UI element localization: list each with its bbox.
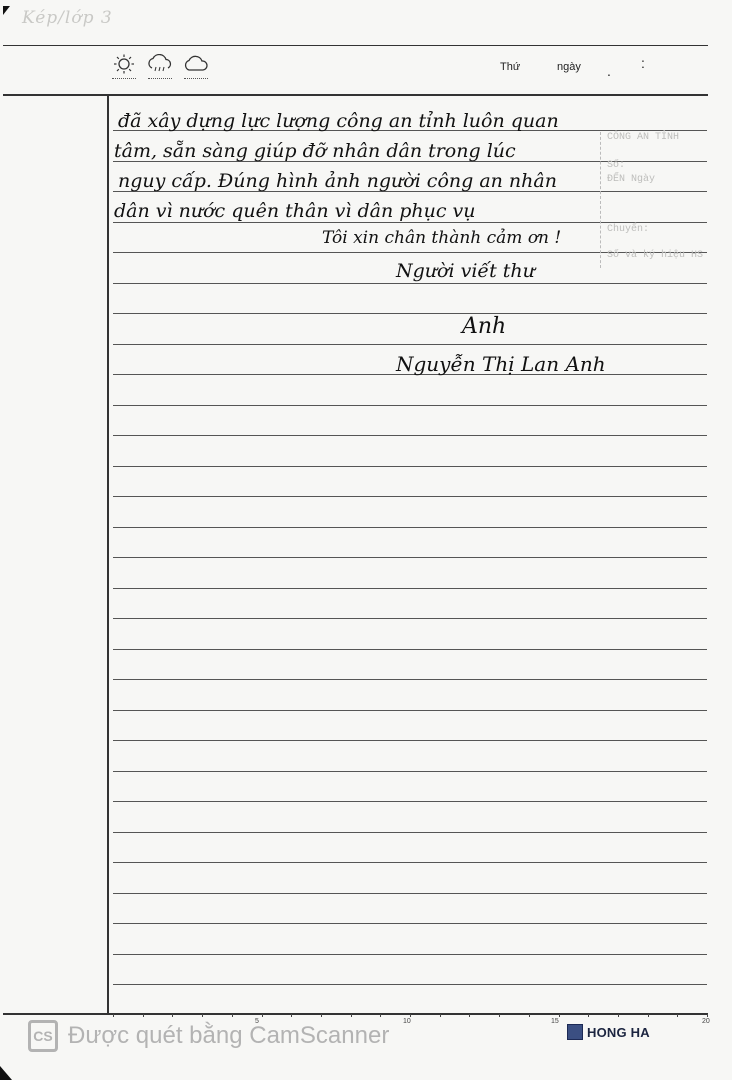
author-name: Nguyễn Thị Lan Anh <box>396 354 606 374</box>
date-separator: : <box>641 55 645 71</box>
rule-line <box>113 283 707 284</box>
date-separator: . <box>607 63 611 79</box>
rule-line <box>113 344 707 345</box>
rain-cloud-icon <box>146 54 174 79</box>
corner-marker-top-left <box>3 6 10 15</box>
camscanner-text: Được quét bằng CamScanner <box>68 1022 389 1050</box>
rule-line <box>113 679 707 680</box>
brand-icon <box>567 1024 583 1040</box>
margin-line <box>107 95 109 1013</box>
sun-icon <box>110 54 138 79</box>
date-label: ngày <box>557 61 581 73</box>
top-border-line <box>3 45 708 46</box>
rule-line <box>113 862 707 863</box>
ruler-label: 10 <box>403 1018 411 1025</box>
notebook-page: Kép/lớp 3 <box>0 0 732 1080</box>
corner-note: Kép/lớp 3 <box>22 8 113 28</box>
rule-line <box>113 405 707 406</box>
rule-line <box>113 984 707 985</box>
camscanner-logo-icon: CS <box>28 1020 58 1052</box>
weekday-label: Thứ <box>500 61 520 73</box>
rule-line <box>113 618 707 619</box>
rule-line <box>113 954 707 955</box>
weather-icons <box>110 54 210 79</box>
received-stamp: CÔNG AN TỈNH Số: ĐẾN Ngày Chuyển: Số và … <box>600 132 709 268</box>
rule-line <box>113 496 707 497</box>
brand-logo: HONG HA <box>567 1024 650 1040</box>
rule-line <box>113 588 707 589</box>
letter-line: nguy cấp. Đúng hình ảnh người công an nh… <box>118 172 557 191</box>
rule-line <box>113 435 707 436</box>
rule-line <box>113 801 707 802</box>
letter-line: đã xây dựng lực lượng công an tỉnh luôn … <box>118 112 559 131</box>
rule-line <box>113 313 707 314</box>
letter-line: tâm, sẵn sàng giúp đỡ nhân dân trong lúc <box>114 142 516 161</box>
rule-line <box>113 557 707 558</box>
rule-line <box>113 832 707 833</box>
rule-line <box>113 923 707 924</box>
cloud-icon <box>182 54 210 79</box>
signature: Anh <box>462 316 506 338</box>
header-border-line <box>3 94 708 96</box>
closing-line: Tôi xin chân thành cảm ơn ! <box>322 230 561 247</box>
rule-line <box>113 893 707 894</box>
rule-line <box>113 466 707 467</box>
rule-line <box>113 771 707 772</box>
letter-line: dân vì nước quên thân vì dân phục vụ <box>114 202 476 221</box>
ruler-label: 15 <box>551 1018 559 1025</box>
rule-line <box>113 740 707 741</box>
corner-marker-bottom-left <box>0 1066 12 1080</box>
signoff-label: Người viết thư <box>396 262 535 281</box>
rule-line <box>113 527 707 528</box>
brand-name: HONG HA <box>587 1025 650 1040</box>
camscanner-watermark: CS Được quét bằng CamScanner <box>28 1020 389 1052</box>
rule-line <box>113 649 707 650</box>
ruler-label: 20 <box>702 1018 710 1025</box>
rule-line <box>113 710 707 711</box>
